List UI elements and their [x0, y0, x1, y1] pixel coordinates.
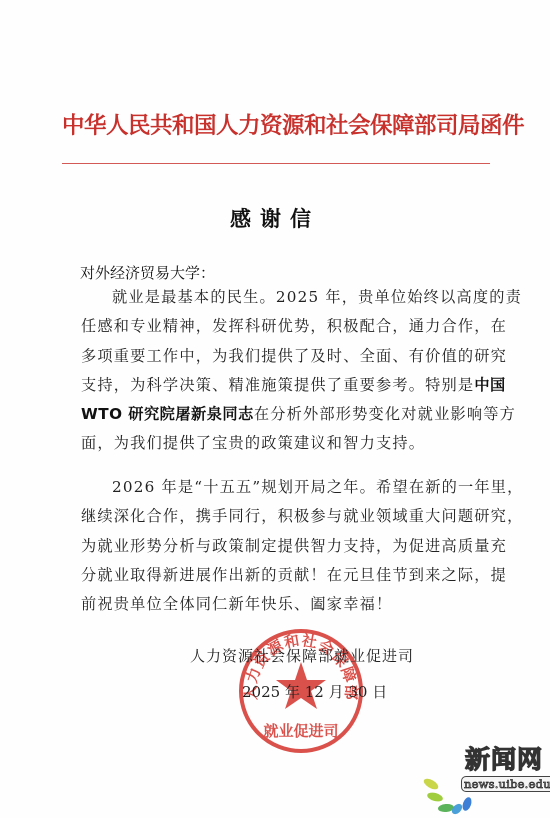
leaf-icon [461, 796, 473, 812]
highlight-text: WTO 研究院屠新泉同志 [81, 405, 254, 423]
signature-date: 2025 年 12 月 30 日 [242, 681, 387, 702]
leaf-icon [422, 777, 440, 792]
paragraph-1: 就业是最基本的民生。2025 年，贵单位始终以高度的责 任感和专业精神，发挥科研… [81, 283, 485, 459]
news-watermark: 新闻网 news.uibe.edu.cn [413, 738, 550, 818]
paragraph-line: 任感和专业精神，发挥科研优势，积极配合，通力合作，在 [81, 312, 485, 341]
signature-organization: 人力资源社会保障部就业促进司 [190, 645, 414, 666]
document-title: 感谢信 [0, 203, 550, 233]
paragraph-line: 2026 年是“十五五”规划开局之年。希望在新的一年里， [81, 473, 485, 502]
paragraph-line: 多项重要工作中，为我们提供了及时、全面、有价值的研究 [81, 342, 485, 371]
salutation: 对外经济贸易大学： [80, 262, 215, 283]
letterhead-divider [62, 163, 490, 164]
watermark-url: news.uibe.edu.cn [461, 776, 550, 792]
paragraph-text: 在分析外部形势变化对就业影响等方 [254, 405, 516, 423]
paragraph-line: 就业是最基本的民生。2025 年，贵单位始终以高度的责 [81, 283, 485, 312]
paragraph-line: 前祝贵单位全体同仁新年快乐、阖家幸福！ [81, 590, 485, 619]
paragraph-line: WTO 研究院屠新泉同志在分析外部形势变化对就业影响等方 [81, 400, 485, 429]
watermark-title: 新闻网 [465, 740, 543, 776]
paragraph-line: 面，为我们提供了宝贵的政策建议和智力支持。 [81, 429, 485, 458]
paragraph-2: 2026 年是“十五五”规划开局之年。希望在新的一年里， 继续深化合作，携手同行… [81, 473, 485, 619]
leaf-icon [426, 791, 444, 803]
paragraph-line: 为就业形势分析与政策制定提供智力支持，为促进高质量充 [81, 532, 485, 561]
letter-page: 中华人民共和国人力资源和社会保障部司局函件 感谢信 对外经济贸易大学： 就业是最… [0, 0, 550, 818]
letterhead-title: 中华人民共和国人力资源和社会保障部司局函件 [62, 108, 492, 140]
paragraph-text: 支持，为科学决策、精准施策提供了重要参考。特别是 [81, 376, 474, 394]
paragraph-line: 继续深化合作，携手同行，积极参与就业领域重大问题研究， [81, 502, 485, 531]
svg-text:就业促进司: 就业促进司 [263, 722, 338, 740]
highlight-text: 中国 [474, 376, 505, 394]
paragraph-line: 分就业取得新进展作出新的贡献！在元旦佳节到来之际，提 [81, 561, 485, 590]
paragraph-line: 支持，为科学决策、精准施策提供了重要参考。特别是中国 [81, 371, 485, 400]
